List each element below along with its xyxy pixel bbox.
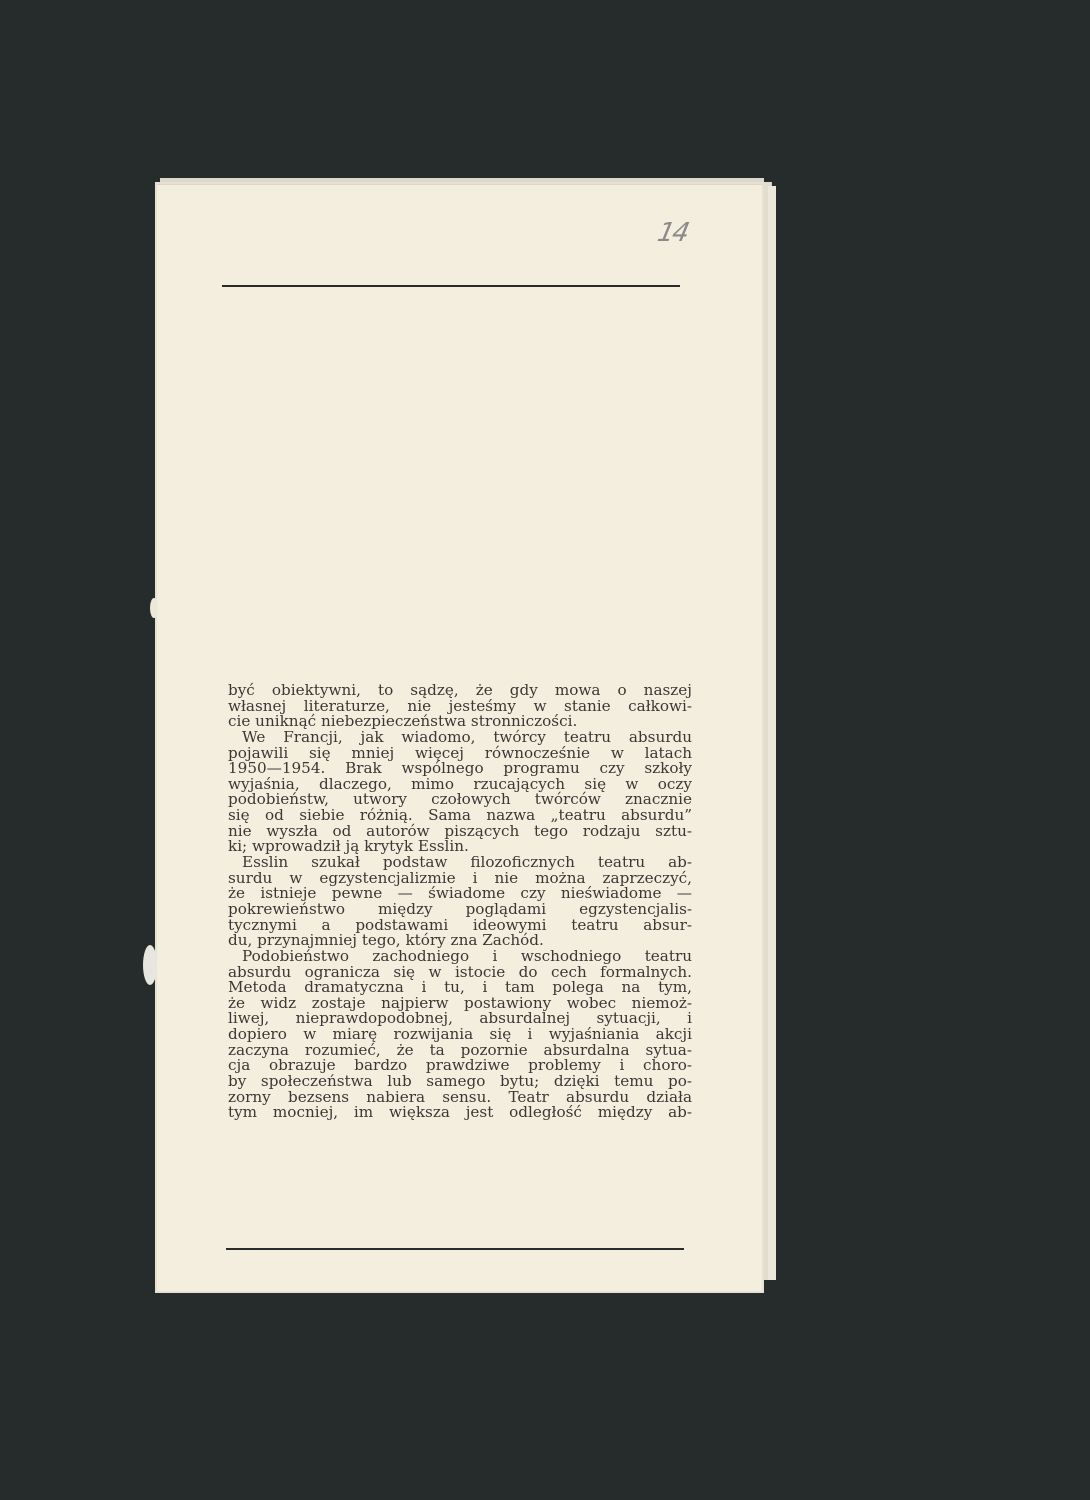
paper-tear-mark	[143, 945, 157, 985]
bottom-rule-divider	[226, 1248, 684, 1250]
body-text: być obiektywni, to sądzę, że gdy mowa o …	[228, 683, 692, 1121]
paper-tear-mark	[150, 598, 158, 618]
top-rule-divider	[222, 285, 680, 287]
underlying-sheet-right-edge-2	[768, 186, 776, 1280]
text-line: tym mocniej, im większa jest odległość m…	[228, 1105, 692, 1121]
